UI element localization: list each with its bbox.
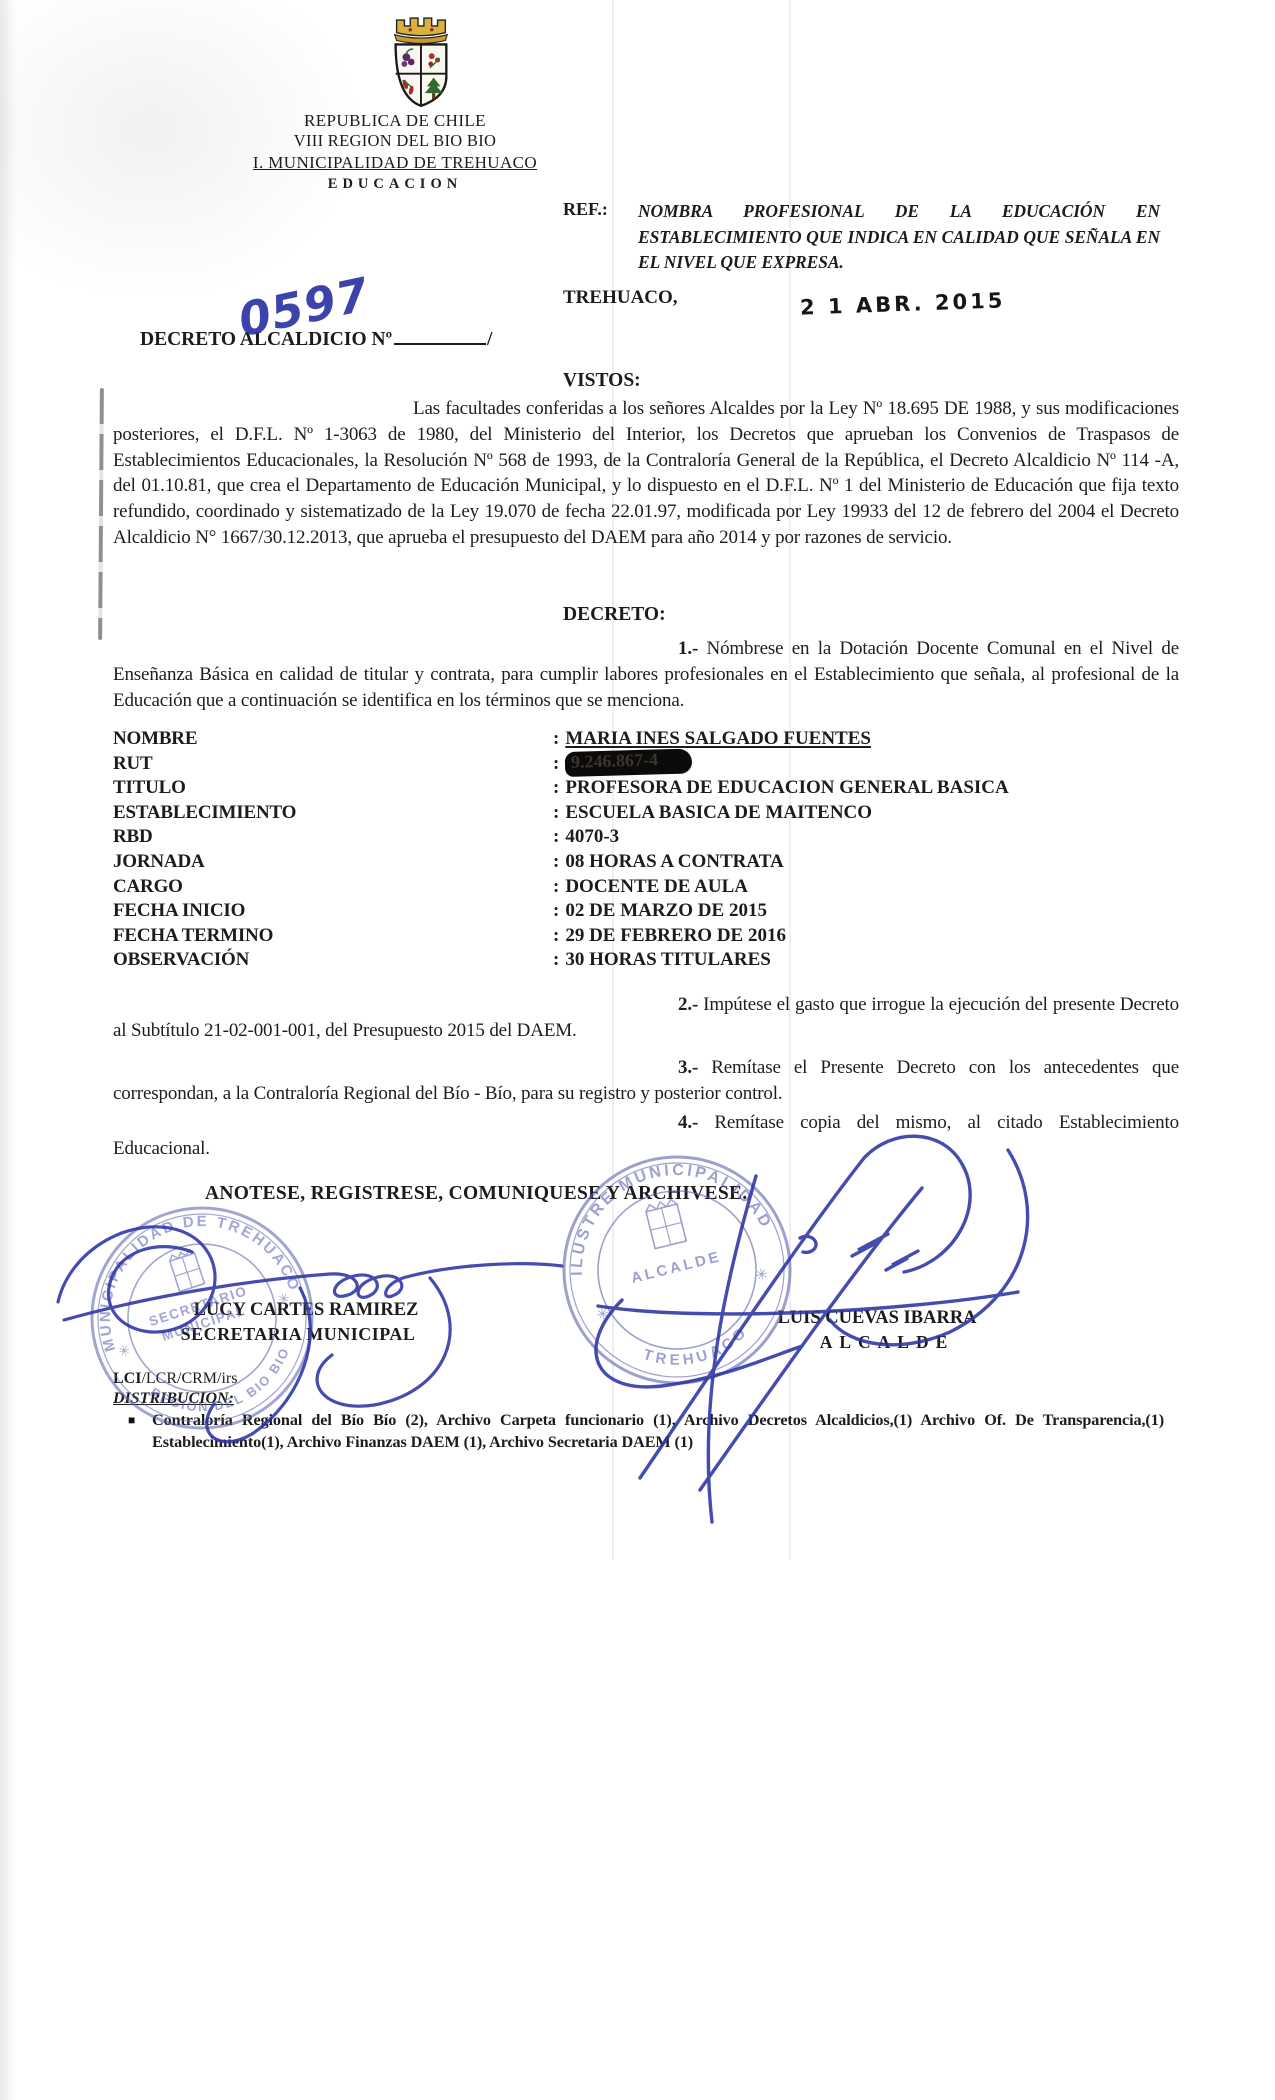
article-2-number: 2.-	[678, 994, 698, 1015]
footer-initials-rest: /LCR/CRM/irs	[141, 1370, 237, 1387]
detail-value: 02 DE MARZO DE 2015	[565, 899, 767, 924]
detail-colon: :	[553, 727, 559, 752]
article-3-text: Remítase el Presente Decreto con los ant…	[113, 1057, 1179, 1104]
detail-value-nombre: MARIA INES SALGADO FUENTES	[565, 727, 871, 752]
signer-left-name: LUCY CARTES RAMIREZ	[166, 1300, 446, 1321]
footer-initials-bold: LCI	[113, 1370, 141, 1387]
footer-initials: LCI/LCR/CRM/irs	[113, 1370, 237, 1388]
decreto-heading: DECRETO:	[563, 604, 666, 626]
detail-row-cargo: CARGO:DOCENTE DE AULA	[113, 875, 1183, 900]
svg-text:✳: ✳	[595, 1305, 611, 1325]
detail-colon: :	[553, 924, 559, 949]
signer-right-title: ALCALDE	[742, 1332, 1032, 1353]
detail-colon: :	[553, 850, 559, 875]
detail-colon: :	[553, 752, 559, 777]
detail-colon: :	[553, 899, 559, 924]
distribution-label: DISTRIBUCION:	[113, 1390, 234, 1408]
article-1: 1.- Nómbrese en la Dotación Docente Comu…	[113, 636, 1179, 713]
letterhead-department: EDUCACION	[225, 176, 565, 193]
detail-label: FECHA INICIO	[113, 899, 553, 924]
detail-value: ESCUELA BASICA DE MAITENCO	[565, 801, 872, 826]
place-line: TREHUACO,	[563, 287, 678, 309]
article-1-text: Nómbrese en la Dotación Docente Comunal …	[113, 638, 1179, 711]
detail-label: RUT	[113, 752, 553, 777]
detail-row-jornada: JORNADA:08 HORAS A CONTRATA	[113, 850, 1183, 875]
coat-of-arms-icon	[381, 12, 459, 110]
svg-text:✳: ✳	[754, 1265, 770, 1285]
article-1-number: 1.-	[678, 638, 698, 659]
stamp-alcalde: ILUSTRE MUNICIPALIDAD TREHUACO ALCALDE ✳…	[540, 1133, 814, 1407]
ref-text: NOMBRA PROFESIONAL DE LA EDUCACIÓN EN ES…	[638, 199, 1160, 276]
detail-row-titulo: TITULO:PROFESORA DE EDUCACION GENERAL BA…	[113, 776, 1183, 801]
detail-label: NOMBRE	[113, 727, 553, 752]
article-4-number: 4.-	[678, 1112, 698, 1133]
vistos-heading: VISTOS:	[563, 370, 641, 392]
decree-suffix: /	[487, 329, 492, 350]
detail-colon: :	[553, 875, 559, 900]
signer-right-name: LUIS CUEVAS IBARRA	[732, 1308, 1022, 1329]
letterhead-country: REPUBLICA DE CHILE	[225, 111, 565, 131]
detail-label: FECHA TERMINO	[113, 924, 553, 949]
detail-row-fecha-inicio: FECHA INICIO:02 DE MARZO DE 2015	[113, 899, 1183, 924]
scanned-decree-page: { "header": { "country": "REPUBLICA DE C…	[0, 0, 1275, 2100]
decree-number-line: DECRETO ALCALDICIO Nº/	[140, 329, 492, 351]
detail-label: OBSERVACIÓN	[113, 948, 553, 973]
distribution-text: Contraloría Regional del Bío Bío (2), Ar…	[152, 1410, 1164, 1453]
detail-value: 08 HORAS A CONTRATA	[565, 850, 783, 875]
detail-value: 29 DE FEBRERO DE 2016	[565, 924, 786, 949]
svg-text:✳: ✳	[116, 1341, 132, 1360]
detail-label: JORNADA	[113, 850, 553, 875]
signer-left-title: SECRETARIA MUNICIPAL	[158, 1324, 438, 1345]
ref-label: REF.:	[563, 199, 608, 220]
distribution-bullet-icon: ■	[128, 1413, 135, 1428]
detail-label: RBD	[113, 825, 553, 850]
article-3: 3.- Remítase el Presente Decreto con los…	[113, 1055, 1179, 1107]
scan-streak	[98, 388, 104, 640]
article-4: 4.- Remítase copia del mismo, al citado …	[113, 1110, 1179, 1162]
detail-label: ESTABLECIMIENTO	[113, 801, 553, 826]
detail-row-fecha-termino: FECHA TERMINO:29 DE FEBRERO DE 2016	[113, 924, 1183, 949]
stamp-right-arc-bottom: TREHUACO	[638, 1320, 757, 1379]
detail-value: PROFESORA DE EDUCACION GENERAL BASICA	[565, 776, 1008, 801]
page-edge-shade	[0, 0, 16, 2100]
article-2: 2.- Impútese el gasto que irrogue la eje…	[113, 992, 1179, 1044]
date-stamp: 2 1 ABR. 2015	[800, 288, 1006, 319]
detail-value: 30 HORAS TITULARES	[565, 948, 771, 973]
detail-colon: :	[553, 776, 559, 801]
detail-colon: :	[553, 948, 559, 973]
details-table: NOMBRE:MARIA INES SALGADO FUENTES RUT:9.…	[113, 727, 1183, 973]
article-2-text: Impútese el gasto que irrogue la ejecuci…	[113, 994, 1179, 1041]
svg-text:TREHUACO: TREHUACO	[638, 1320, 757, 1379]
ink-overlay: MUNICIPALIDAD DE TREHUACO REGION DEL BIO…	[0, 0, 1275, 2100]
article-4-text: Remítase copia del mismo, al citado Esta…	[113, 1112, 1179, 1159]
letterhead-municipality: I. MUNICIPALIDAD DE TREHUACO	[225, 153, 565, 173]
stamp-right-center: ALCALDE	[629, 1248, 723, 1287]
detail-row-nombre: NOMBRE:MARIA INES SALGADO FUENTES	[113, 727, 1183, 752]
detail-label: CARGO	[113, 875, 553, 900]
closing-line: ANOTESE, REGISTRESE, COMUNIQUESE Y ARCHI…	[205, 1183, 747, 1205]
detail-row-rut: RUT:9.246.867-4	[113, 752, 1183, 777]
letterhead: REPUBLICA DE CHILE VIII REGION DEL BIO B…	[225, 111, 565, 193]
detail-label: TITULO	[113, 776, 553, 801]
rut-redaction-bar: 9.246.867-4	[565, 748, 693, 776]
letterhead-region: VIII REGION DEL BIO BIO	[225, 131, 565, 151]
detail-value: 4070-3	[565, 825, 619, 850]
detail-colon: :	[553, 801, 559, 826]
detail-row-establecimiento: ESTABLECIMIENTO:ESCUELA BASICA DE MAITEN…	[113, 801, 1183, 826]
detail-value: DOCENTE DE AULA	[565, 875, 748, 900]
decree-blank-line	[394, 329, 486, 345]
article-3-number: 3.-	[678, 1057, 698, 1078]
detail-row-rbd: RBD:4070-3	[113, 825, 1183, 850]
detail-row-observacion: OBSERVACIÓN:30 HORAS TITULARES	[113, 948, 1183, 973]
vistos-paragraph: Las facultades conferidas a los señores …	[113, 396, 1179, 551]
detail-colon: :	[553, 825, 559, 850]
